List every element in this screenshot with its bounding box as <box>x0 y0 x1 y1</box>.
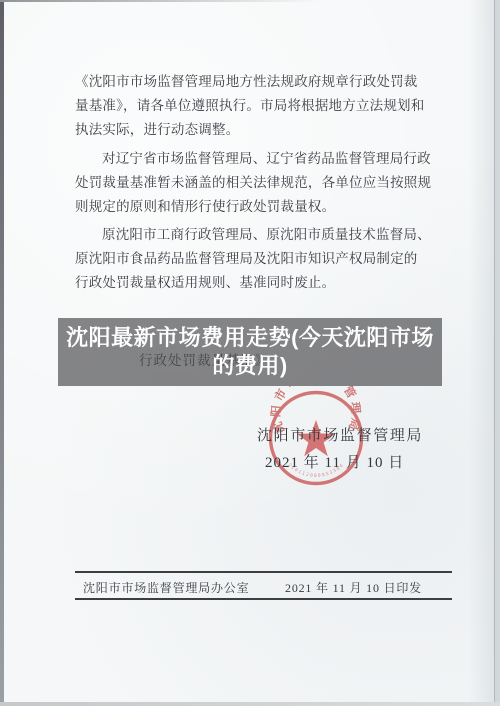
page-edge-left <box>0 0 4 706</box>
scanned-document-page: 《沈阳市市场监督管理局地方性法规政府规章行政处罚裁 量基准》，请各单位遵照执行。… <box>0 0 500 706</box>
footer: 沈阳市市场监督管理局办公室 2021 年 11 月 10 日印发 <box>75 577 452 597</box>
headline-line-2: 的费用) <box>212 352 287 380</box>
page-edge-bottom <box>0 702 500 706</box>
headline-line-1: 沈阳最新市场费用走势(今天沈阳市场 <box>66 324 434 352</box>
footer-divider-top <box>75 571 452 573</box>
body-line: 对辽宁省市场监督管理局、辽宁省药品监督管理局行政 <box>75 147 429 171</box>
signature-date: 2021 年 11 月 10 日 <box>265 451 404 472</box>
page-edge-right <box>495 0 500 706</box>
footer-issuing-office: 沈阳市市场监督管理局办公室 <box>75 579 249 596</box>
body-line: 处罚裁量基准暂未涵盖的相关法律规范，各单位应当按照规 <box>75 171 429 195</box>
body-line: 原沈阳市食品药品监督管理局及沈阳市知识产权局制定的 <box>75 247 429 271</box>
body-line: 《沈阳市市场监督管理局地方性法规政府规章行政处罚裁 <box>75 70 429 94</box>
paragraph: 原沈阳市工商行政管理局、原沈阳市质量技术监督局、 原沈阳市食品药品监督管理局及沈… <box>75 223 429 295</box>
signature-agency: 沈阳市市场监督管理局 <box>257 424 423 445</box>
footer-print-date: 2021 年 11 月 10 日印发 <box>285 579 452 596</box>
page-edge-shadow <box>468 0 494 706</box>
body-line: 原沈阳市工商行政管理局、原沈阳市质量技术监督局、 <box>75 223 429 247</box>
paragraph: 《沈阳市市场监督管理局地方性法规政府规章行政处罚裁 量基准》，请各单位遵照执行。… <box>75 70 429 142</box>
footer-divider-bottom <box>75 598 452 600</box>
paragraph: 对辽宁省市场监督管理局、辽宁省药品监督管理局行政 处罚裁量基准暂未涵盖的相关法律… <box>75 147 429 219</box>
headline-overlay: 沈阳最新市场费用走势(今天沈阳市场 的费用) <box>58 318 442 386</box>
body-line: 行政处罚裁量权适用规则、基准同时废止。 <box>75 271 429 295</box>
body-line: 执法实际，进行动态调整。 <box>75 118 429 142</box>
page-edge-top <box>0 0 320 2</box>
body-line: 则规定的原则和情形行使行政处罚裁量权。 <box>75 195 429 219</box>
body-line: 量基准》，请各单位遵照执行。市局将根据地方立法规划和 <box>75 94 429 118</box>
